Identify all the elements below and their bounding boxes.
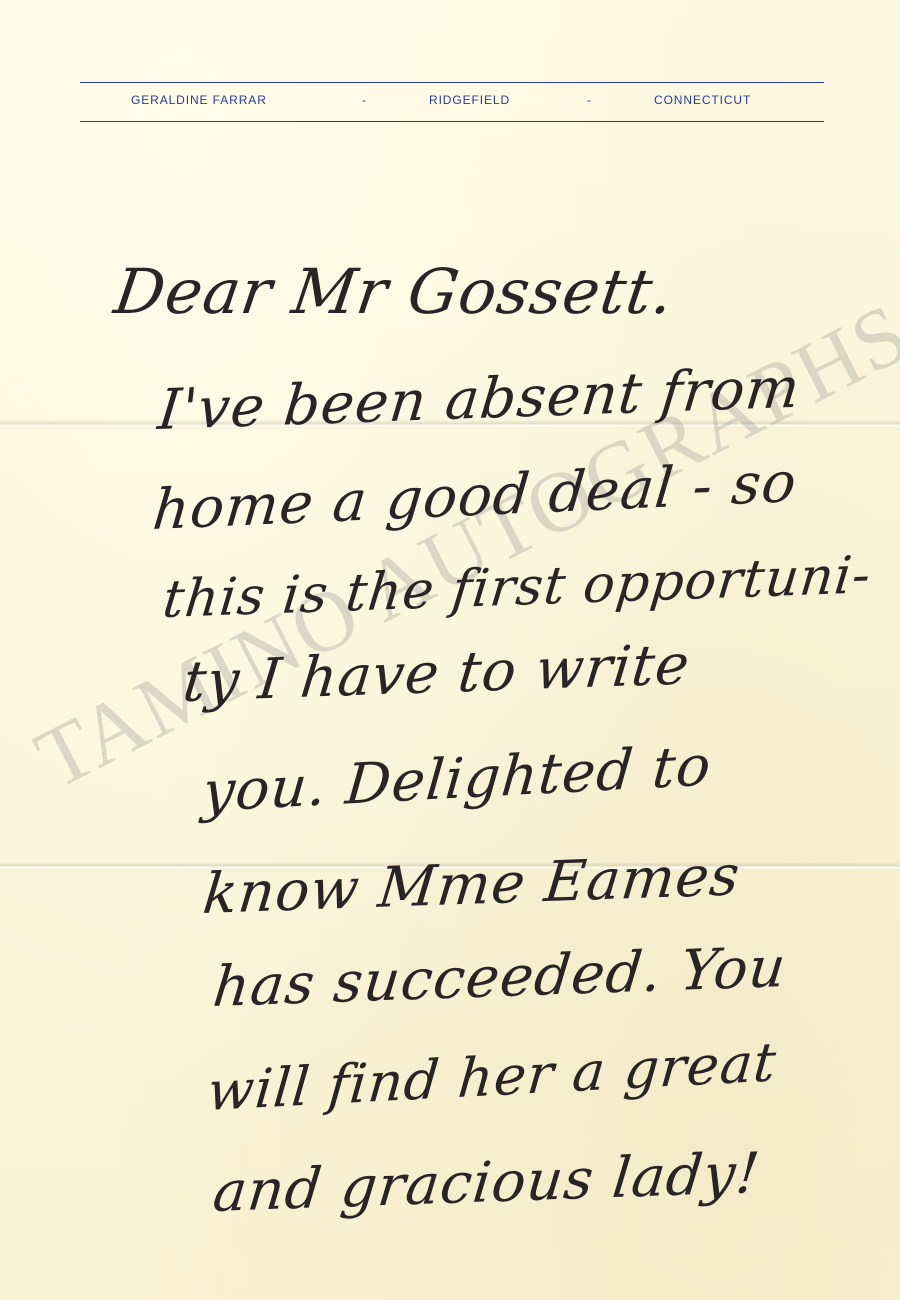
letter-line: has succeeded. You bbox=[210, 935, 789, 1020]
letter-line: ty I have to write bbox=[180, 632, 693, 715]
letterhead-name: GERALDINE FARRAR bbox=[131, 93, 267, 107]
letterhead-separator: - bbox=[362, 93, 367, 107]
letter-line: will find her a great bbox=[205, 1031, 779, 1123]
letter-line: home a good deal - so bbox=[150, 450, 800, 543]
letterhead-state: CONNECTICUT bbox=[654, 93, 751, 107]
letterhead: GERALDINE FARRAR - RIDGEFIELD - CONNECTI… bbox=[80, 82, 824, 122]
letter-line: know Mme Eames bbox=[200, 843, 743, 927]
letter-page: GERALDINE FARRAR - RIDGEFIELD - CONNECTI… bbox=[0, 0, 900, 1300]
letter-line: you. Delighted to bbox=[200, 734, 714, 825]
letterhead-separator: - bbox=[587, 93, 592, 107]
letter-line: this is the first opportuni- bbox=[160, 545, 874, 630]
salutation: Dear Mr Gossett. bbox=[110, 255, 679, 328]
letterhead-town: RIDGEFIELD bbox=[429, 93, 510, 107]
letter-line: and gracious lady! bbox=[210, 1141, 763, 1225]
